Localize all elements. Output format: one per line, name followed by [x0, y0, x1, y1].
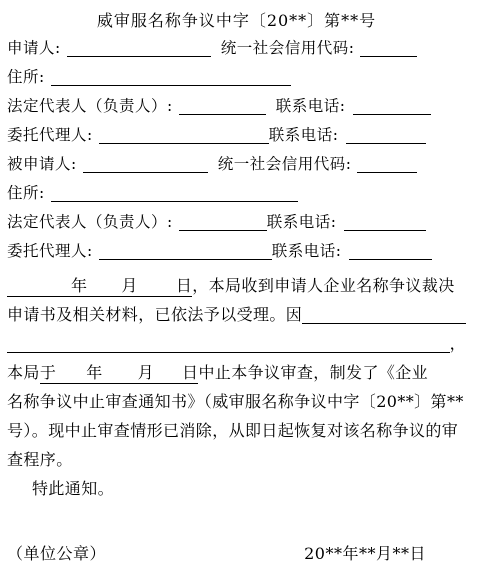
field-label: 统一社会信用代码:: [221, 39, 355, 57]
date-char: 年: [86, 363, 102, 382]
form-row: 住所:: [7, 179, 466, 208]
blank-field[interactable]: [99, 129, 269, 144]
reason-underline-field[interactable]: [302, 322, 466, 324]
form-row: 委托代理人:联系电话:: [7, 237, 466, 266]
field-label: 统一社会信用代码:: [218, 155, 352, 173]
body-line: 年月日，本局收到申请人企业名称争议裁决: [7, 271, 466, 300]
reason-underline-field[interactable]: [7, 351, 450, 353]
body-text: 名称争议中止审查通知书》（威审服名称争议中字〔20**〕第**: [7, 387, 464, 416]
footer-row: （单位公章） 20**年**月**日: [7, 539, 466, 568]
date-char: 月: [138, 363, 154, 382]
document-number-title: 威审服名称争议中字〔20**〕第**号: [7, 8, 466, 34]
blank-field[interactable]: [349, 245, 432, 260]
blank-field[interactable]: [67, 42, 211, 57]
field-gap: [338, 139, 346, 140]
body-line: ，: [7, 329, 466, 358]
date-char: 日: [182, 363, 198, 382]
blank-field[interactable]: [353, 100, 431, 115]
body-line: 号）。现中止审查情形已消除，从即日起恢复对该名称争议的审: [7, 416, 466, 445]
field-label: 联系电话:: [276, 97, 346, 115]
date-char: 月: [121, 276, 137, 295]
form-fields-section: 申请人:统一社会信用代码:住所:法定代表人（负责人）:联系电话:委托代理人:联系…: [7, 34, 466, 266]
document-date: 20**年**月**日: [304, 539, 426, 568]
body-text: 中止本争议审查，制发了《企业: [198, 358, 428, 387]
form-row: 法定代表人（负责人）:联系电话:: [7, 92, 466, 121]
field-label: 住所:: [7, 184, 45, 202]
field-label: 联系电话:: [272, 242, 342, 260]
field-gap: [211, 52, 221, 53]
field-label: 法定代表人（负责人）:: [7, 97, 173, 115]
body-text: 号）。现中止审查情形已消除，从即日起恢复对该名称争议的审: [7, 416, 458, 445]
blank-field[interactable]: [99, 245, 272, 260]
date-underline-field[interactable]: 年月日: [7, 276, 192, 297]
field-gap: [345, 110, 353, 111]
underline-space: [7, 290, 71, 291]
underline-space: [138, 290, 176, 291]
body-text: 本局: [7, 358, 40, 387]
body-line: 本局于年月日中止本争议审查，制发了《企业: [7, 358, 466, 387]
form-row: 住所:: [7, 63, 466, 92]
underline-space: [154, 377, 182, 378]
document-page: 威审服名称争议中字〔20**〕第**号 申请人:统一社会信用代码:住所:法定代表…: [0, 0, 482, 568]
body-text: 申请书及相关材料，已依法予以受理。因: [7, 300, 302, 329]
form-row: 申请人:统一社会信用代码:: [7, 34, 466, 63]
form-row: 法定代表人（负责人）:联系电话:: [7, 208, 466, 237]
body-text: ，本局收到申请人企业名称争议裁决: [192, 271, 454, 300]
body-text: 查程序。: [7, 445, 73, 474]
date-underline-field[interactable]: 于年月日: [40, 363, 199, 384]
seal-placeholder: （单位公章）: [7, 539, 106, 568]
blank-field[interactable]: [83, 158, 208, 173]
body-line: 查程序。: [7, 445, 466, 474]
field-gap: [266, 110, 276, 111]
date-char: 于: [40, 363, 56, 382]
blank-field[interactable]: [51, 71, 291, 86]
blank-field[interactable]: [179, 216, 267, 231]
blank-field[interactable]: [51, 187, 298, 202]
body-paragraph: 年月日，本局收到申请人企业名称争议裁决申请书及相关材料，已依法予以受理。因，本局…: [7, 271, 466, 474]
field-label: 委托代理人:: [7, 242, 93, 260]
blank-field[interactable]: [344, 216, 426, 231]
body-text: ，: [450, 329, 466, 358]
underline-space: [103, 377, 138, 378]
notice-line: 特此通知。: [32, 474, 466, 503]
body-line: 申请书及相关材料，已依法予以受理。因: [7, 300, 466, 329]
blank-field[interactable]: [346, 129, 426, 144]
body-line: 名称争议中止审查通知书》（威审服名称争议中字〔20**〕第**: [7, 387, 466, 416]
field-label: 联系电话:: [269, 126, 339, 144]
underline-space: [87, 290, 121, 291]
field-label: 委托代理人:: [7, 126, 93, 144]
field-gap: [341, 255, 349, 256]
blank-field[interactable]: [357, 158, 417, 173]
form-row: 被申请人:统一社会信用代码:: [7, 150, 466, 179]
form-row: 委托代理人:联系电话:: [7, 121, 466, 150]
field-label: 住所:: [7, 68, 45, 86]
blank-field[interactable]: [360, 42, 417, 57]
underline-space: [56, 377, 86, 378]
field-gap: [336, 226, 344, 227]
field-label: 申请人:: [7, 39, 61, 57]
blank-field[interactable]: [179, 100, 266, 115]
field-label: 法定代表人（负责人）:: [7, 213, 173, 231]
field-label: 联系电话:: [267, 213, 337, 231]
date-char: 年: [71, 276, 87, 295]
date-char: 日: [176, 276, 192, 295]
field-label: 被申请人:: [7, 155, 77, 173]
field-gap: [208, 168, 218, 169]
